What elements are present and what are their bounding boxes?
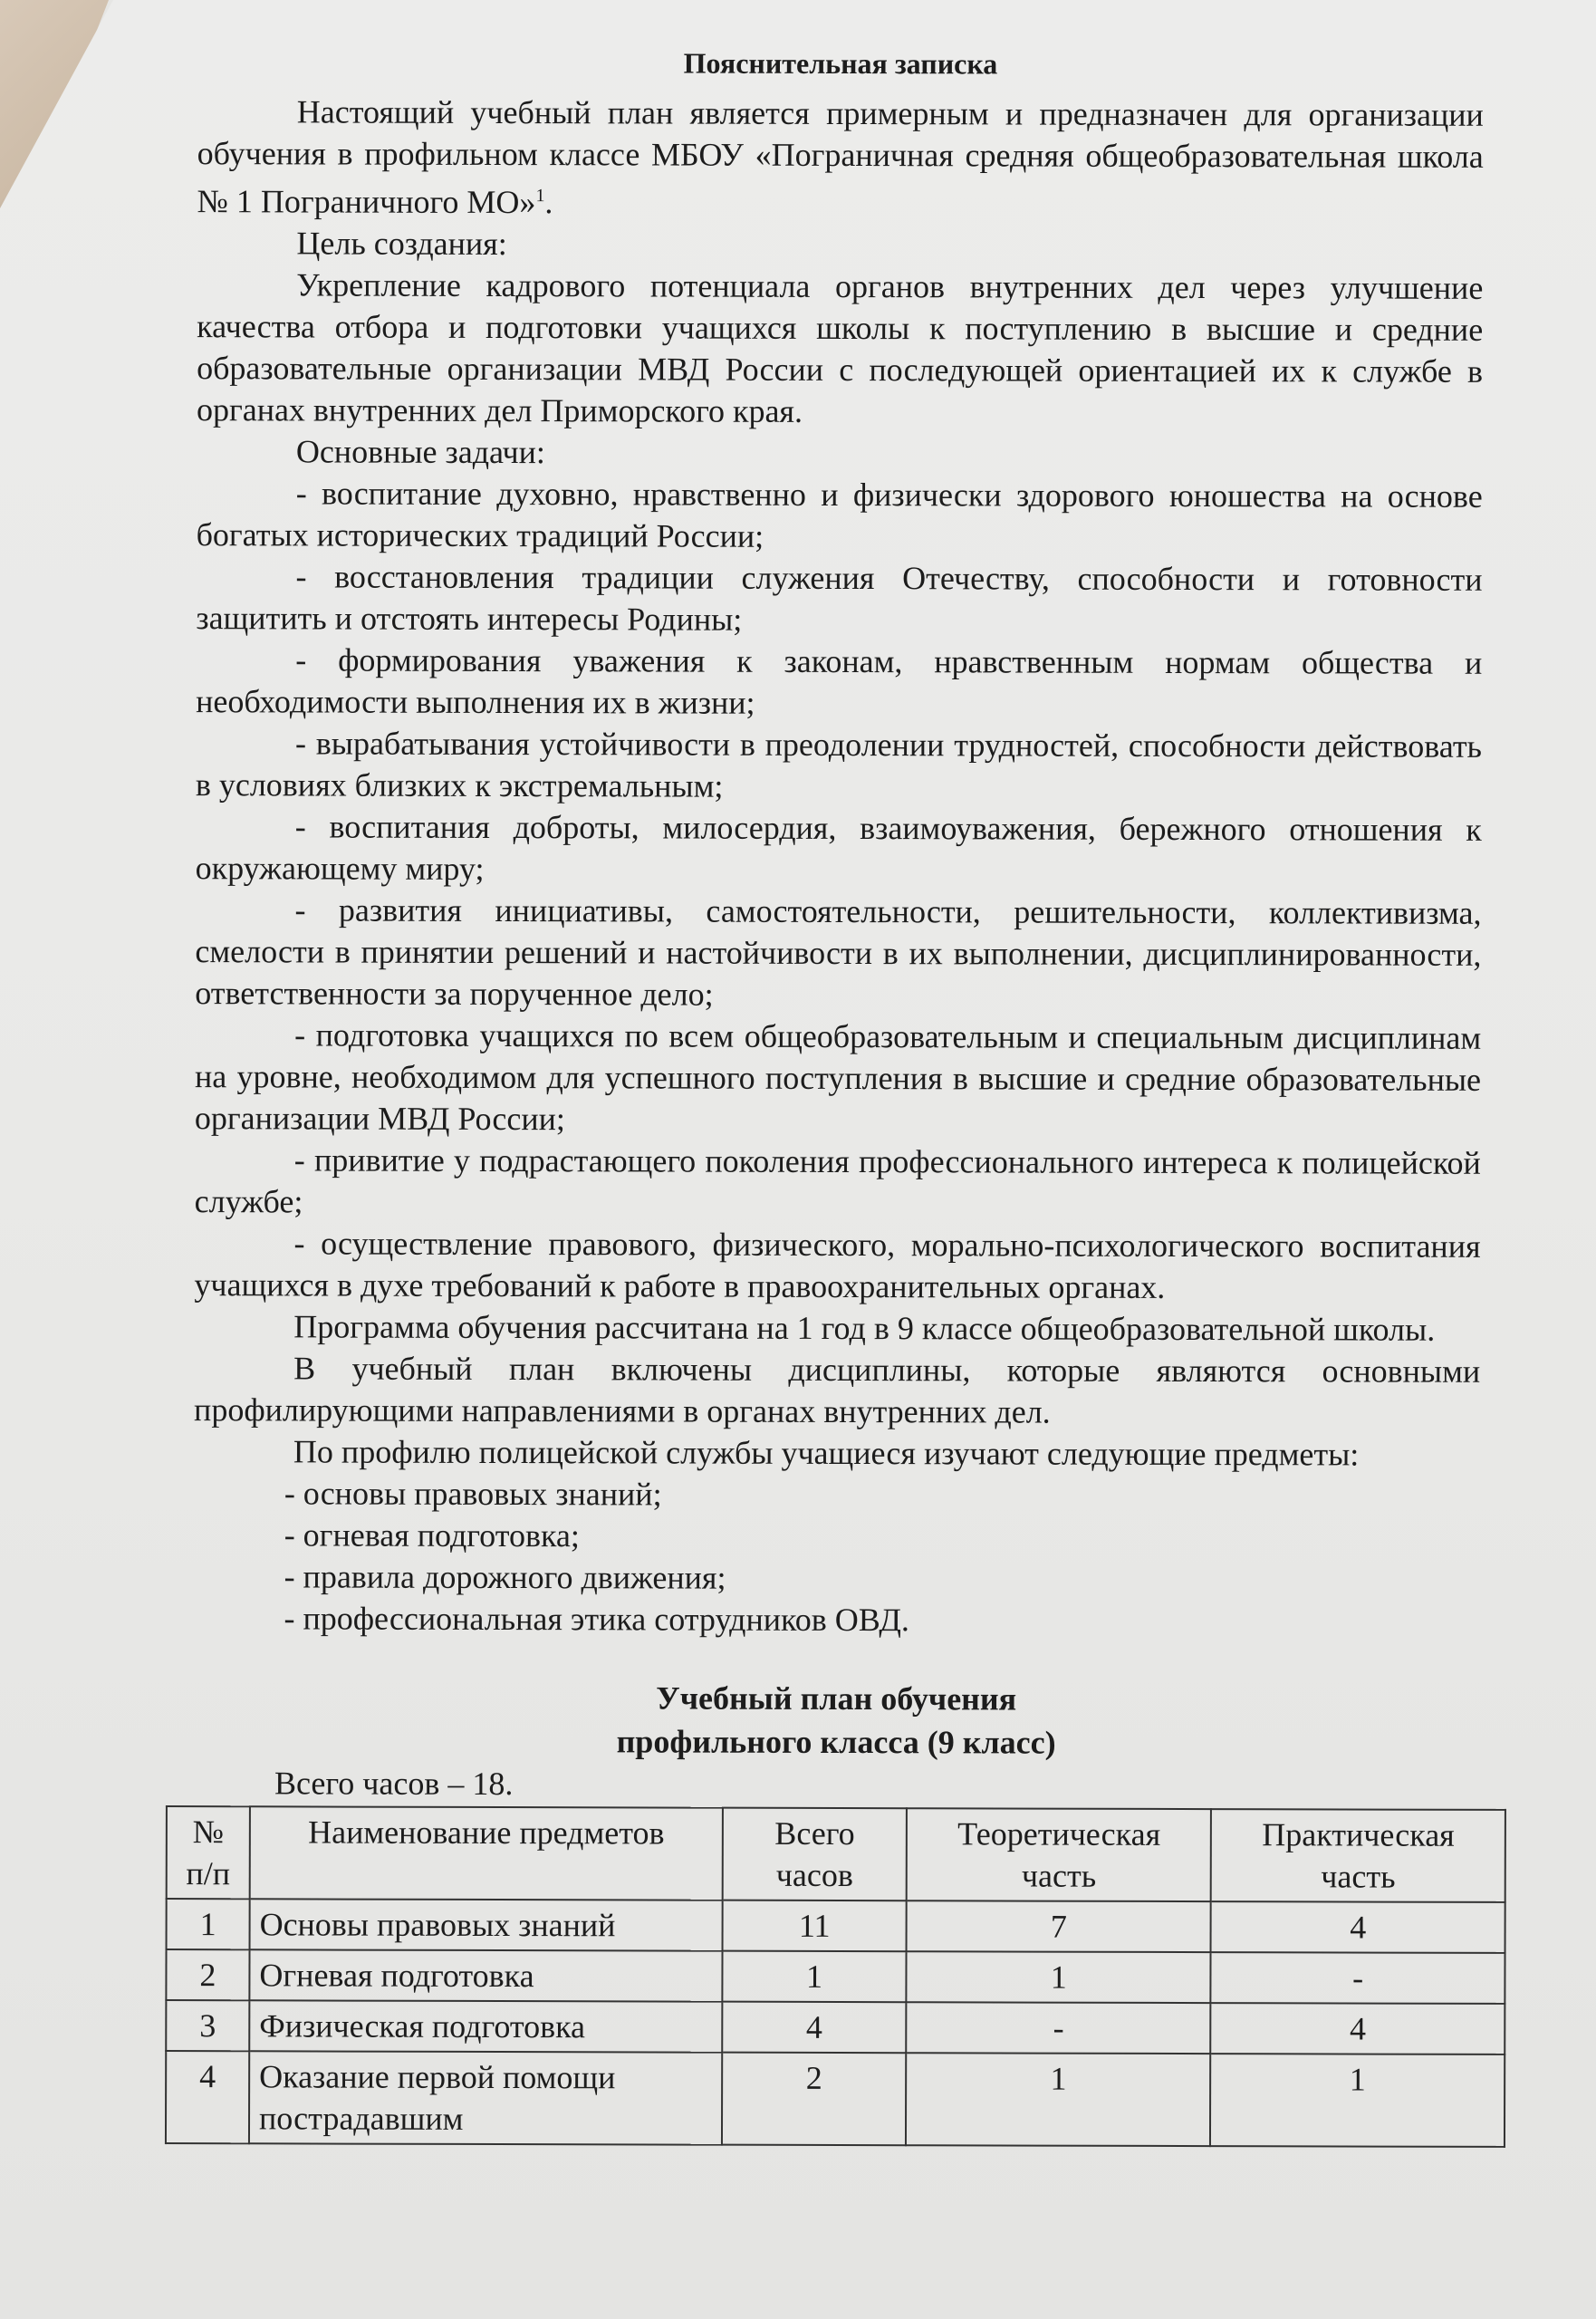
cell-theory: 1 xyxy=(906,2053,1210,2146)
footnote-marker: 1 xyxy=(535,186,544,206)
plan-title-line1: Учебный план обучения xyxy=(656,1679,1016,1717)
document-title: Пояснительная записка xyxy=(197,42,1484,85)
disciplines-paragraph: В учебный план включены дисциплины, кото… xyxy=(194,1347,1480,1434)
table-row: 2 Огневая подготовка 1 1 - xyxy=(166,1949,1505,2004)
cell-name: Огневая подготовка xyxy=(249,1949,722,2001)
total-hours: Всего часов – 18. xyxy=(193,1762,1479,1807)
table-row: 1 Основы правовых знаний 11 7 4 xyxy=(167,1899,1505,1953)
cell-theory: - xyxy=(906,2002,1210,2054)
subject-item: - огневая подготовка; xyxy=(194,1514,1480,1559)
header-theory: Теоретическая часть xyxy=(907,1808,1211,1901)
intro-paragraph: Настоящий учебный план является примерны… xyxy=(197,91,1484,226)
goal-heading: Цель создания: xyxy=(197,222,1483,267)
table-header-row: № п/п Наименование предметов Всего часов… xyxy=(167,1806,1505,1902)
task-item: - восстановления традиции служения Отече… xyxy=(196,555,1482,642)
cell-total: 4 xyxy=(722,2002,906,2054)
cell-num: 1 xyxy=(167,1899,250,1949)
cell-num: 3 xyxy=(166,2000,249,2051)
cell-num: 4 xyxy=(166,2051,249,2143)
tasks-heading: Основные задачи: xyxy=(197,430,1483,476)
cell-theory: 1 xyxy=(907,1951,1211,2003)
cell-name: Физическая подготовка xyxy=(249,2000,722,2052)
header-practice: Практическая часть xyxy=(1211,1809,1505,1902)
task-item: - подготовка учащихся по всем общеобразо… xyxy=(195,1014,1481,1142)
header-total: Всего часов xyxy=(723,1808,908,1901)
cell-num: 2 xyxy=(166,1949,249,2000)
plan-title-line2: профильного класса (9 класс) xyxy=(617,1723,1056,1760)
cell-practice: 1 xyxy=(1210,2054,1505,2147)
intro-end: . xyxy=(544,184,553,220)
cell-practice: 4 xyxy=(1211,1901,1505,1953)
intro-text: Настоящий учебный план является примерны… xyxy=(197,93,1484,220)
table-row: 4 Оказание первой помощи пострадавшим 2 … xyxy=(166,2051,1505,2147)
task-item: - развития инициативы, самостоятельности… xyxy=(195,889,1481,1017)
cell-total: 1 xyxy=(722,1951,906,2003)
curriculum-table: № п/п Наименование предметов Всего часов… xyxy=(165,1805,1506,2148)
task-item: - формирования уважения к законам, нравс… xyxy=(196,639,1482,726)
cell-theory: 7 xyxy=(907,1900,1211,1952)
cell-name: Основы правовых знаний xyxy=(250,1899,723,1950)
cell-total: 2 xyxy=(722,2053,907,2146)
cell-practice: - xyxy=(1211,1952,1505,2004)
subject-item: - профессиональная этика сотрудников ОВД… xyxy=(193,1597,1479,1642)
cell-total: 11 xyxy=(723,1900,907,1952)
subjects-intro: По профилю полицейской службы учащиеся и… xyxy=(194,1430,1480,1476)
cell-practice: 4 xyxy=(1211,2003,1505,2054)
task-item: - воспитания доброты, милосердия, взаимо… xyxy=(196,805,1482,892)
plan-title: Учебный план обучения профильного класса… xyxy=(193,1675,1479,1766)
subject-item: - правила дорожного движения; xyxy=(194,1555,1480,1601)
cell-name: Оказание первой помощи пострадавшим xyxy=(249,2051,722,2144)
document-page: Пояснительная записка Настоящий учебный … xyxy=(0,0,1596,2319)
task-item: - воспитание духовно, нравственно и физи… xyxy=(197,472,1483,559)
duration-paragraph: Программа обучения рассчитана на 1 год в… xyxy=(194,1305,1480,1351)
task-item: - осуществление правового, физического, … xyxy=(194,1222,1480,1309)
subject-item: - основы правовых знаний; xyxy=(194,1472,1480,1517)
goal-text: Укрепление кадрового потенциала органов … xyxy=(197,264,1483,434)
header-name: Наименование предметов xyxy=(250,1806,723,1900)
page-content: Пояснительная записка Настоящий учебный … xyxy=(192,42,1484,2148)
table-row: 3 Физическая подготовка 4 - 4 xyxy=(166,2000,1505,2054)
header-num: № п/п xyxy=(167,1806,250,1899)
task-item: - привитие у подрастающего поколения про… xyxy=(195,1139,1481,1226)
task-item: - вырабатывания устойчивости в преодолен… xyxy=(196,722,1482,809)
